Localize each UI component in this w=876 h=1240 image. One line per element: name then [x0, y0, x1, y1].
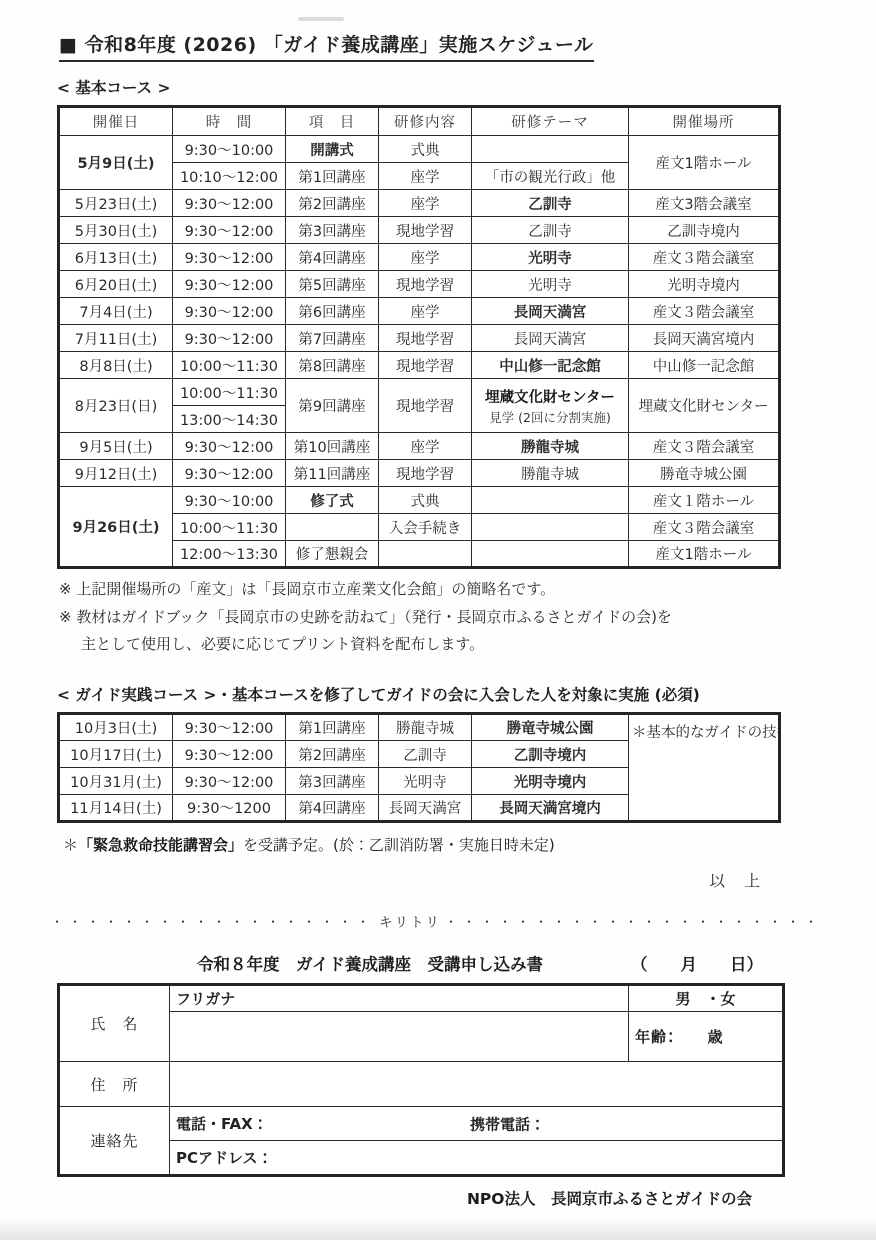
- phone-fax-field: 電話・FAX： 携帯電話：: [170, 1107, 784, 1141]
- cell-time: 9:30～12:00: [173, 190, 286, 217]
- cell-theme: 勝龍寺城: [472, 433, 629, 460]
- cell-time: 9:30～12:00: [173, 714, 286, 741]
- header-content: 研修内容: [379, 107, 472, 136]
- mobile-label: 携帯電話：: [470, 1113, 545, 1134]
- cell-content: 長岡天満宮: [379, 795, 472, 822]
- cell-place: 光明寺境内: [629, 271, 780, 298]
- document-title: ■ 令和8年度 (2026) 「ガイド養成講座」実施スケジュール: [59, 30, 594, 62]
- basic-course-table: 開催日 時 間 項 目 研修内容 研修テーマ 開催場所 5月9日(土) 9:30…: [57, 105, 781, 569]
- scan-artifact-smudge: [298, 17, 344, 21]
- cell-time: 9:30～1200: [173, 795, 286, 822]
- cell-content: 光明寺: [379, 768, 472, 795]
- header-date: 開催日: [59, 107, 173, 136]
- cell-item: 開講式: [286, 136, 379, 163]
- cell-theme: [472, 541, 629, 568]
- cell-date: 11月14日(土): [59, 795, 173, 822]
- cell-content: 式典: [379, 487, 472, 514]
- footnote-prefix: ＊: [63, 836, 78, 854]
- cell-date: 6月13日(土): [59, 244, 173, 271]
- cell-date: 6月20日(土): [59, 271, 173, 298]
- application-form-table: 氏 名 フリガナ 男 ・女 年齢： 歳 住 所 連絡先 電話・FAX： 携帯電話…: [57, 983, 785, 1177]
- cell-place: 産文１階ホール: [629, 487, 780, 514]
- basic-course-heading: < 基本コース >: [57, 76, 778, 98]
- header-place: 開催場所: [629, 107, 780, 136]
- form-row: 氏 名 フリガナ 男 ・女: [59, 985, 784, 1012]
- table-row: 5月9日(土) 9:30～10:00 開講式 式典 産文1階ホール: [59, 136, 780, 163]
- footnote-rest: を受講予定。(於：乙訓消防署・実施日時未定): [243, 836, 555, 854]
- cell-time: 10:10～12:00: [173, 163, 286, 190]
- cell-content: 座学: [379, 244, 472, 271]
- note-line: 主として使用し、必要に応じてプリント資料を配布します。: [59, 633, 778, 657]
- cell-content: 現地学習: [379, 271, 472, 298]
- header-theme: 研修テーマ: [472, 107, 629, 136]
- cell-item: 第6回講座: [286, 298, 379, 325]
- cell-time: 9:30～12:00: [173, 768, 286, 795]
- cell-place: 産文３階会議室: [629, 298, 780, 325]
- address-field: [170, 1062, 784, 1107]
- cell-place: 埋蔵文化財センター: [629, 379, 780, 433]
- cell-item: 第4回講座: [286, 795, 379, 822]
- cell-date: 8月23日(日): [59, 379, 173, 433]
- cell-content: 座学: [379, 190, 472, 217]
- cut-line-dots-right: ・・・・・・・・・・・・・・・・・・・・・: [445, 913, 823, 930]
- cell-content: 現地学習: [379, 460, 472, 487]
- note-line: ※ 上記開催場所の「産文」は「長岡京市立産業文化会館」の簡略名です。: [59, 578, 778, 602]
- cell-time: 9:30～12:00: [173, 217, 286, 244]
- scan-artifact-band: [0, 1218, 876, 1240]
- cell-theme: 勝竜寺城公園: [472, 714, 629, 741]
- cell-time: 9:30～12:00: [173, 244, 286, 271]
- cell-date: 5月23日(土): [59, 190, 173, 217]
- cell-content: [379, 541, 472, 568]
- cell-time: 9:30～10:00: [173, 136, 286, 163]
- cell-item: 第2回講座: [286, 741, 379, 768]
- cell-item: 第8回講座: [286, 352, 379, 379]
- tel-label: 電話・FAX：: [176, 1115, 268, 1133]
- cell-item: 第1回講座: [286, 714, 379, 741]
- cell-content: 入会手続き: [379, 514, 472, 541]
- cell-date: 10月31月(土): [59, 768, 173, 795]
- cell-place: 産文３階会議室: [629, 433, 780, 460]
- cell-theme: 乙訓寺境内: [472, 741, 629, 768]
- cell-time: 9:30～12:00: [173, 741, 286, 768]
- form-row: 連絡先 電話・FAX： 携帯電話：: [59, 1107, 784, 1141]
- cell-place: 産文３階会議室: [629, 514, 780, 541]
- cell-theme: [472, 487, 629, 514]
- cell-time: 9:30～12:00: [173, 433, 286, 460]
- cell-item: 第5回講座: [286, 271, 379, 298]
- application-form-title: 令和８年度 ガイド養成講座 受講申し込み書（ 月 日）: [197, 951, 778, 975]
- cell-date: 8月8日(土): [59, 352, 173, 379]
- cell-date: 5月30日(土): [59, 217, 173, 244]
- cell-item: 第10回講座: [286, 433, 379, 460]
- cell-item: [286, 514, 379, 541]
- cell-time: 10:00～11:30: [173, 379, 286, 406]
- cell-content: 現地学習: [379, 352, 472, 379]
- cell-content: 現地学習: [379, 325, 472, 352]
- table-row: 5月23日(土) 9:30～12:00 第2回講座 座学 乙訓寺 産文3階会議室: [59, 190, 780, 217]
- theme-main-line: 埋蔵文化財センター: [475, 386, 625, 407]
- cut-line: ・・・・・・・・・・・・・・・・・・ キリトリ ・・・・・・・・・・・・・・・・…: [51, 911, 826, 931]
- cell-theme: 乙訓寺: [472, 217, 629, 244]
- cut-line-label: キリトリ: [375, 911, 445, 931]
- cell-theme: 「市の観光行政」他: [472, 163, 629, 190]
- cell-theme: [472, 136, 629, 163]
- cell-theme: 光明寺: [472, 244, 629, 271]
- cell-item: 第2回講座: [286, 190, 379, 217]
- table-row: 6月13日(土) 9:30～12:00 第4回講座 座学 光明寺 産文３階会議室: [59, 244, 780, 271]
- cell-item: 修了懇親会: [286, 541, 379, 568]
- cell-theme: 光明寺: [472, 271, 629, 298]
- cell-date: 10月17日(土): [59, 741, 173, 768]
- cell-place: 中山修一記念館: [629, 352, 780, 379]
- age-field: 年齢： 歳: [629, 1012, 784, 1062]
- cell-date: 7月11日(土): [59, 325, 173, 352]
- practical-course-table: 10月3日(土) 9:30～12:00 第1回講座 勝龍寺城 勝竜寺城公園 ＊基…: [57, 712, 781, 823]
- cell-time: 9:30～12:00: [173, 271, 286, 298]
- cell-content: 式典: [379, 136, 472, 163]
- cell-time: 9:30～12:00: [173, 460, 286, 487]
- basic-course-notes: ※ 上記開催場所の「産文」は「長岡京市立産業文化会館」の簡略名です。 ※ 教材は…: [59, 578, 778, 657]
- practical-course-footnote: ＊「緊急救命技能講習会」を受講予定。(於：乙訓消防署・実施日時未定): [63, 834, 778, 855]
- footnote-bold: 「緊急救命技能講習会」: [78, 836, 243, 854]
- cell-theme: [472, 514, 629, 541]
- cell-content: 座学: [379, 298, 472, 325]
- cell-date: 9月5日(土): [59, 433, 173, 460]
- cell-place: 産文1階ホール: [629, 136, 780, 190]
- cell-item: 第3回講座: [286, 217, 379, 244]
- cell-item: 第4回講座: [286, 244, 379, 271]
- cell-time: 9:30～10:00: [173, 487, 286, 514]
- practical-course-heading: < ガイド実践コース >・基本コースを修了してガイドの会に入会した人を対象に実施…: [57, 683, 778, 705]
- cell-time: 12:00～13:30: [173, 541, 286, 568]
- cell-theme: 勝龍寺城: [472, 460, 629, 487]
- table-row: 9月26日(土) 9:30～10:00 修了式 式典 産文１階ホール: [59, 487, 780, 514]
- cell-time: 13:00～14:30: [173, 406, 286, 433]
- cell-date: 9月12日(土): [59, 460, 173, 487]
- cell-date: 9月26日(土): [59, 487, 173, 568]
- cell-time: 9:30～12:00: [173, 325, 286, 352]
- cell-content: 乙訓寺: [379, 741, 472, 768]
- cell-place: 勝竜寺城公園: [629, 460, 780, 487]
- cell-place: 産文3階会議室: [629, 190, 780, 217]
- cell-date: 10月3日(土): [59, 714, 173, 741]
- cell-item: 第3回講座: [286, 768, 379, 795]
- cell-content: 勝龍寺城: [379, 714, 472, 741]
- furigana-label: フリガナ: [170, 985, 629, 1012]
- header-item: 項 目: [286, 107, 379, 136]
- cell-place: 長岡天満宮境内: [629, 325, 780, 352]
- cell-time: 10:00～11:30: [173, 514, 286, 541]
- form-title-date: （ 月 日）: [631, 955, 763, 974]
- theme-sub-line: 見学 (2回に分割実施): [475, 408, 625, 426]
- cell-theme: 乙訓寺: [472, 190, 629, 217]
- table-row: 6月20日(土) 9:30～12:00 第5回講座 現地学習 光明寺 光明寺境内: [59, 271, 780, 298]
- gender-field: 男 ・女: [629, 985, 784, 1012]
- contact-label: 連絡先: [59, 1107, 170, 1176]
- document-content: ■ 令和8年度 (2026) 「ガイド養成講座」実施スケジュール < 基本コース…: [0, 0, 778, 1209]
- table-row: 9月5日(土) 9:30～12:00 第10回講座 座学 勝龍寺城 産文３階会議…: [59, 433, 780, 460]
- scanned-document-page: ■ 令和8年度 (2026) 「ガイド養成講座」実施スケジュール < 基本コース…: [0, 0, 876, 1240]
- cell-theme: 長岡天満宮: [472, 325, 629, 352]
- table-row: 5月30日(土) 9:30～12:00 第3回講座 現地学習 乙訓寺 乙訓寺境内: [59, 217, 780, 244]
- cell-content: 現地学習: [379, 217, 472, 244]
- cell-theme: 光明寺境内: [472, 768, 629, 795]
- cell-theme: 長岡天満宮境内: [472, 795, 629, 822]
- cell-place: 乙訓寺境内: [629, 217, 780, 244]
- address-label: 住 所: [59, 1062, 170, 1107]
- cell-item: 第7回講座: [286, 325, 379, 352]
- pc-address-field: PCアドレス：: [170, 1141, 784, 1176]
- table-row: 8月23日(日) 10:00～11:30 第9回講座 現地学習 埋蔵文化財センタ…: [59, 379, 780, 406]
- table-row: 7月11日(土) 9:30～12:00 第7回講座 現地学習 長岡天満宮 長岡天…: [59, 325, 780, 352]
- cell-theme: 中山修一記念館: [472, 352, 629, 379]
- cell-item: 第1回講座: [286, 163, 379, 190]
- cell-theme: 長岡天満宮: [472, 298, 629, 325]
- cell-item: 第11回講座: [286, 460, 379, 487]
- header-time: 時 間: [173, 107, 286, 136]
- cell-place: 産文1階ホール: [629, 541, 780, 568]
- organization-signature: NPO法人 長岡京市ふるさとガイドの会: [57, 1187, 782, 1209]
- cell-theme: 埋蔵文化財センター 見学 (2回に分割実施): [472, 379, 629, 433]
- table-row: 8月8日(土) 10:00～11:30 第8回講座 現地学習 中山修一記念館 中…: [59, 352, 780, 379]
- cell-place: 産文３階会議室: [629, 244, 780, 271]
- table-header-row: 開催日 時 間 項 目 研修内容 研修テーマ 開催場所: [59, 107, 780, 136]
- table-row: 7月4日(土) 9:30～12:00 第6回講座 座学 長岡天満宮 産文３階会議…: [59, 298, 780, 325]
- cell-content: 座学: [379, 163, 472, 190]
- cell-note: ＊基本的なガイドの技術を、実践を通じて学びます。: [629, 714, 780, 822]
- cut-line-dots-left: ・・・・・・・・・・・・・・・・・・: [51, 913, 375, 930]
- note-line: ※ 教材はガイドブック「長岡京市の史跡を訪ねて」（発行・長岡京市ふるさとガイドの…: [59, 606, 778, 630]
- table-row: 10月3日(土) 9:30～12:00 第1回講座 勝龍寺城 勝竜寺城公園 ＊基…: [59, 714, 780, 741]
- form-row: 住 所: [59, 1062, 784, 1107]
- name-label: 氏 名: [59, 985, 170, 1062]
- cell-time: 10:00～11:30: [173, 352, 286, 379]
- cell-content: 座学: [379, 433, 472, 460]
- cell-content: 現地学習: [379, 379, 472, 433]
- form-title-text: 令和８年度 ガイド養成講座 受講申し込み書: [197, 955, 543, 974]
- cell-item: 第9回講座: [286, 379, 379, 433]
- closing-text: 以 上: [57, 869, 778, 891]
- cell-time: 9:30～12:00: [173, 298, 286, 325]
- cell-date: 7月4日(土): [59, 298, 173, 325]
- table-row: 9月12日(土) 9:30～12:00 第11回講座 現地学習 勝龍寺城 勝竜寺…: [59, 460, 780, 487]
- cell-item: 修了式: [286, 487, 379, 514]
- cell-date: 5月9日(土): [59, 136, 173, 190]
- name-field: [170, 1012, 629, 1062]
